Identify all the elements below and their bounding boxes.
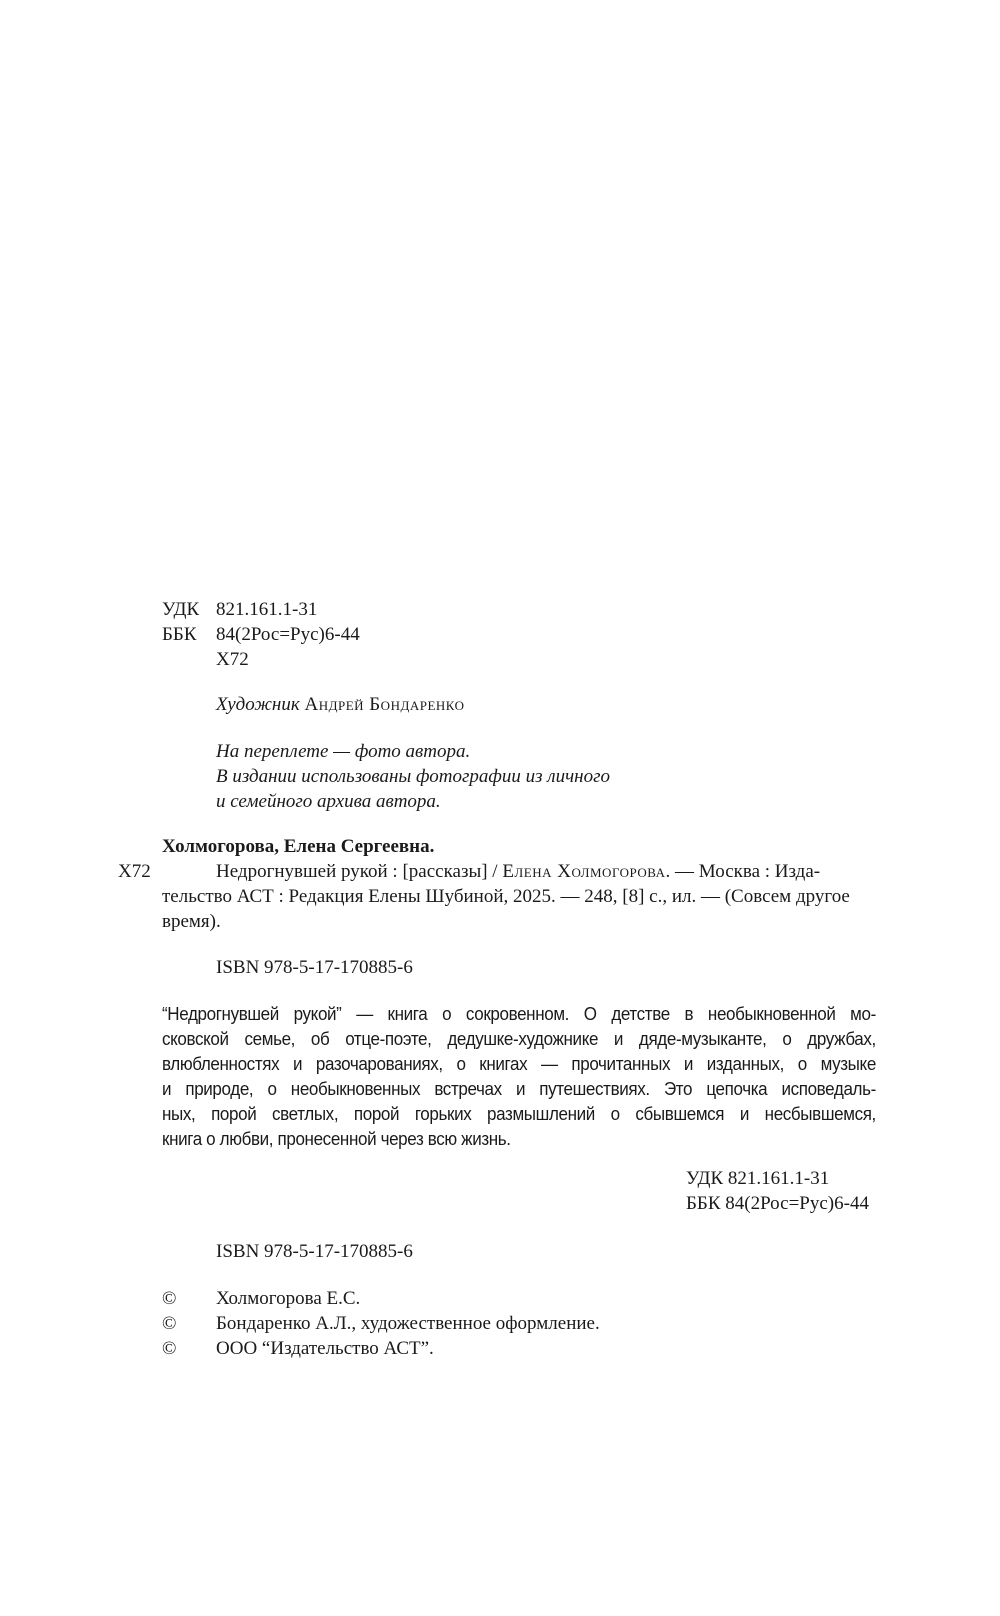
copyright-icon: © — [162, 1286, 176, 1311]
copyright-holder: Бондаренко А.Л., художественное оформлен… — [216, 1311, 600, 1336]
author-name-sc: Елена Холмогорова — [502, 861, 665, 882]
publisher-part: . — Москва : Изда- — [666, 861, 821, 882]
artist-role: Художник — [216, 694, 300, 715]
abstract-line: “Недрогнувшей рукой” — книга о сокровенн… — [162, 1001, 876, 1026]
note-line: На переплете — фото автора. — [216, 739, 470, 764]
author-mark-margin: Х72 — [118, 859, 151, 884]
abstract-line: книга о любви, пронесенной через всю жиз… — [162, 1126, 876, 1151]
udk-value: 821.161.1-31 — [216, 597, 317, 622]
artist-credit: Художник Андрей Бондаренко — [216, 692, 465, 717]
abstract-line: влюбленностях и разочарованиях, о книгах… — [162, 1051, 876, 1076]
abstract-line: сковской семье, об отце-поэте, дедушке-х… — [162, 1026, 876, 1051]
record-line-1: Недрогнувшей рукой : [рассказы] / Елена … — [216, 859, 820, 884]
udk-footer: УДК 821.161.1-31 — [686, 1166, 829, 1191]
copyright-holder: Холмогорова Е.С. — [216, 1286, 360, 1311]
note-line: и семейного архива автора. — [216, 789, 441, 814]
udk-label: УДК — [162, 597, 199, 622]
abstract-line: ных, порой светлых, порой горьких размыш… — [162, 1101, 876, 1126]
copyright-icon: © — [162, 1336, 176, 1361]
copyright-holder: ООО “Издательство АСТ”. — [216, 1336, 434, 1361]
bbk-footer: ББК 84(2Рос=Рус)6-44 — [686, 1191, 869, 1216]
record-line-2: тельство АСТ : Редакция Елены Шубиной, 2… — [162, 884, 850, 909]
author-mark: Х72 — [216, 647, 249, 672]
author-heading: Холмогорова, Елена Сергеевна. — [162, 834, 434, 859]
note-line: В издании использованы фотографии из лич… — [216, 764, 610, 789]
isbn-footer: ISBN 978-5-17-170885-6 — [216, 1239, 413, 1264]
title-part: Недрогнувшей рукой : [рассказы] / — [216, 861, 498, 882]
copyright-icon: © — [162, 1311, 176, 1336]
abstract-paragraph: “Недрогнувшей рукой” — книга о сокровенн… — [162, 1001, 876, 1151]
abstract-line: и природе, о необыкновенных встречах и п… — [162, 1076, 876, 1101]
bbk-label: ББК — [162, 622, 197, 647]
record-line-3: время). — [162, 909, 221, 934]
bbk-value: 84(2Рос=Рус)6-44 — [216, 622, 360, 647]
isbn: ISBN 978-5-17-170885-6 — [216, 955, 413, 980]
artist-name: Андрей Бондаренко — [304, 694, 464, 715]
